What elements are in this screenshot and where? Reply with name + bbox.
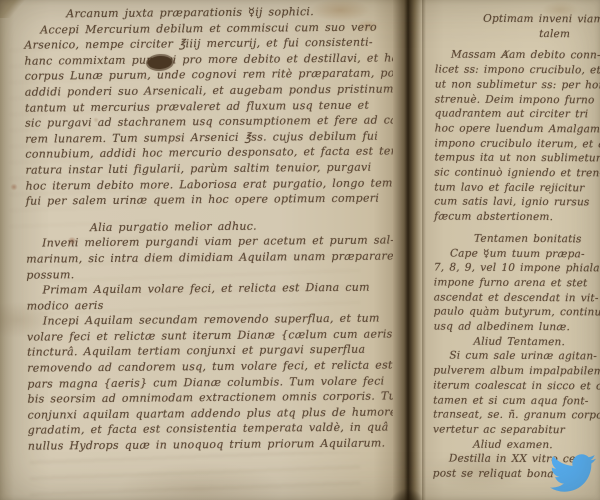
right-page: Optimam inveni viamtalemMassam Ⱥam debit… — [420, 0, 600, 500]
twitter-bird-path — [550, 454, 596, 491]
manuscript-line: transeat, se. ñ. granum corporis — [433, 408, 600, 424]
manuscript-line: Aliud Tentamen. — [473, 334, 600, 350]
manuscript-line: pulverem album impalpabilem — [433, 364, 600, 380]
manuscript-line: 7, 8, 9, vel 10 impone phiala — [434, 261, 600, 277]
manuscript-line: Cape ☿um tuum præpa- — [434, 246, 600, 262]
left-page: Arcanum juxta præparationis ☿ij sophici.… — [0, 0, 397, 500]
manuscript-line: Tentamen bonitatis — [474, 232, 600, 248]
manuscript-line: marinum, sic intra diem dimidiam Aquilam… — [26, 248, 397, 267]
manuscript-photo: Arcanum juxta præparationis ☿ij sophici.… — [0, 0, 600, 500]
manuscript-line: tempus ita ut non sublimetur — [434, 151, 600, 167]
manuscript-line: fui per salem urinæ quem in hoc opere op… — [26, 191, 397, 210]
manuscript-line: fæcum abstertionem. — [434, 210, 600, 226]
manuscript-line: impone furno arena et stet — [434, 275, 600, 291]
manuscript-line: talem — [539, 27, 600, 42]
manuscript-line: ut non sublimetur ss: per horas — [435, 77, 600, 93]
manuscript-line: tamen et si cum aqua font- — [433, 393, 600, 409]
manuscript-line: iterum coalescat in sicco et c — [433, 378, 600, 394]
manuscript-line: paulo quàm butyrum, continua- — [434, 305, 600, 321]
book-gutter — [393, 0, 422, 500]
left-page-text: Arcanum juxta præparationis ☿ij sophici.… — [24, 3, 397, 454]
manuscript-line: Primam Aquilam volare feci, et relicta e… — [26, 279, 397, 298]
manuscript-line: ascendat et descendat in vit- — [434, 290, 600, 306]
manuscript-line: strenuè. Deim impono furno — [435, 92, 600, 108]
manuscript-line: impono crucibulo iterum, et ad — [435, 136, 600, 152]
manuscript-line: cum satis lavi, ignio rursus — [434, 195, 600, 211]
manuscript-line: nullus Hydrops quæ in unoquoq trium prio… — [28, 435, 397, 454]
manuscript-line: usq ad albedinem lunæ. — [434, 320, 600, 336]
twitter-bird-icon — [546, 450, 600, 496]
manuscript-line: hoc opere luendum Amalgama — [435, 121, 600, 137]
manuscript-line: quadrantem aut circiter tri — [435, 107, 600, 123]
right-page-text: Optimam inveni viamtalemMassam Ⱥam debit… — [433, 11, 600, 482]
torn-corner — [0, 0, 26, 18]
manuscript-line: Optimam inveni viam — [483, 12, 600, 27]
manuscript-line: vertetur ac separabitur — [433, 422, 600, 438]
manuscript-line: sic continuò igniendo et tren- — [434, 166, 600, 182]
manuscript-line: Si cum sale urinæ agitan- — [433, 349, 600, 365]
ink-bleedthrough — [30, 452, 360, 498]
manuscript-line: tum lavo et facile rejicitur — [434, 180, 600, 196]
manuscript-line: Massam Ⱥam debito conn- — [435, 48, 600, 64]
manuscript-line: licet ss: impono crucibulo, et s — [435, 63, 600, 79]
